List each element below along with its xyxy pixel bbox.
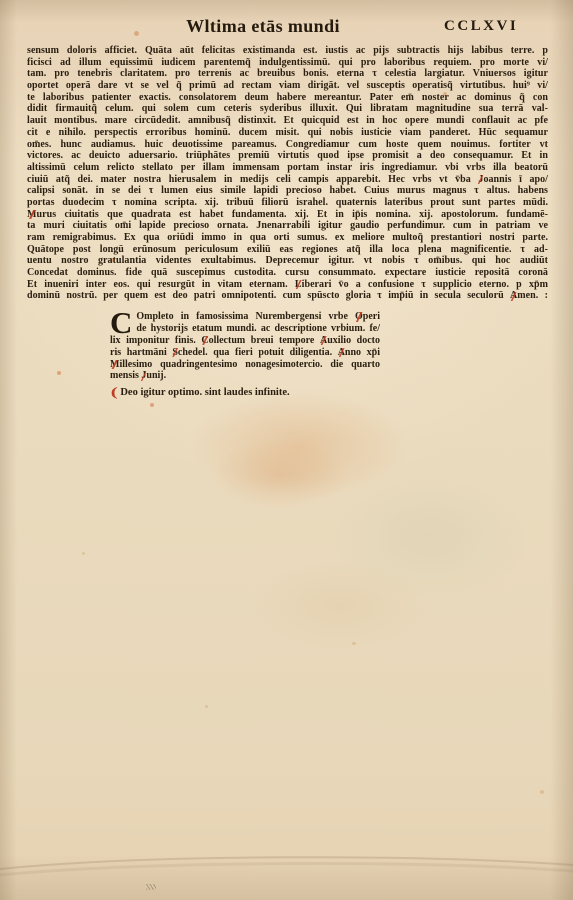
- colophon-initial-letter: C: [110, 311, 136, 334]
- body-text-line: Et inueniri inter eos. qui resurgūt in v…: [27, 279, 548, 291]
- rubricated-letter: A: [510, 290, 517, 302]
- page-edge-curve: [0, 845, 573, 895]
- page-title: Wltima etās mundi: [153, 16, 373, 37]
- rubricated-letter: J: [478, 174, 483, 186]
- rubricated-letter: C: [201, 335, 208, 347]
- foxing-dot: [82, 552, 85, 555]
- body-text-line: ta muri ciuitatis om̄i lapide precioso o…: [27, 220, 548, 232]
- colophon-line: mensis Junij.: [110, 370, 380, 382]
- colophon-line: de hystorijs etatum mundi. ac descriptio…: [136, 323, 380, 335]
- rubricated-letter: A: [338, 347, 345, 359]
- finis-text: Deo igitur optimo. sint laudes infinite.: [120, 387, 289, 398]
- body-text-line: Quātope post longū erūnosum periculosum …: [27, 244, 548, 256]
- finis-line: (Deo igitur optimo. sint laudes infinite…: [112, 384, 290, 400]
- rubricated-letter: O: [355, 311, 363, 323]
- stain: [250, 560, 430, 650]
- body-text-line: lauit montibus. mare circūdedit. amnibus…: [27, 115, 548, 127]
- foxing-dot: [150, 403, 154, 407]
- body-text-line: dominū nostrū. per quem est deo patri om…: [27, 290, 548, 302]
- body-text-line: ficisci ad illum equissimū iudicem paren…: [27, 57, 548, 69]
- rubricated-letter: M: [27, 209, 37, 221]
- body-text-line: om̄es. hunc audiamus. huic deuotissime p…: [27, 139, 548, 151]
- stain: [330, 470, 530, 600]
- rubricated-letter: M: [110, 359, 119, 371]
- body-text-line: uentu nostro gratulantia videntes exulta…: [27, 255, 548, 267]
- stain: [210, 440, 350, 510]
- rubricated-letter: J: [141, 370, 146, 382]
- body-text-line: sensum doloris afficiet. Quāta aūt felic…: [27, 45, 548, 57]
- colophon-line: ris hartmāni Schedel. qua fieri potuit d…: [110, 347, 380, 359]
- body-text-line: calipsi sonāt. in se dei τ lumen eius si…: [27, 185, 548, 197]
- rubricated-letter: A: [320, 335, 327, 347]
- body-text-line: tam. pro tenebris claritatem. pro terren…: [27, 68, 548, 80]
- body-text-line: Concedat dominus. fide quā suscepimus cu…: [27, 267, 548, 279]
- folio-number: CCLXVI: [444, 18, 564, 35]
- foxing-dot: [57, 371, 61, 375]
- body-text-line: ciuiū atq̃ dei. mater nostra hierusalem …: [27, 174, 548, 186]
- rubric-paragraph-mark: (: [111, 384, 118, 400]
- foxing-dot: [134, 31, 139, 36]
- body-text-line: victores. ac deuicto aduersario. triūphā…: [27, 150, 548, 162]
- body-text-line: altissimū celum relicto stellato per ill…: [27, 162, 548, 174]
- body-text-line: cit e nihilo. perspectis erroribus homin…: [27, 127, 548, 139]
- foxing-dot: [540, 790, 544, 794]
- stain: [190, 390, 410, 500]
- body-text-line: ram remigrabimus. Ex qua oriūdi immo in …: [27, 232, 548, 244]
- colophon-line: lix imponitur finis. Collectum breui tem…: [110, 335, 380, 347]
- foxing-dot: [352, 642, 356, 645]
- main-text-block: sensum doloris afficiet. Quāta aūt felic…: [27, 45, 548, 302]
- body-text-line: portas duodecim τ nomina scripta. xij. t…: [27, 197, 548, 209]
- colophon-line: Ompleto in famosissima Nurembergensi vrb…: [136, 311, 380, 323]
- body-text-line: te laboribus patienter exactis. consolat…: [27, 92, 548, 104]
- body-text-line: Murus ciuitatis que quadrata est habet f…: [27, 209, 548, 221]
- pencil-squiggle: [146, 884, 156, 890]
- body-text-line: oportet operā dare vt se vel q̃ primū ad…: [27, 80, 548, 92]
- rubricated-letter: L: [295, 279, 302, 291]
- book-page: Wltima etās mundi CCLXVI sensum doloris …: [0, 0, 573, 900]
- foxing-dot: [205, 705, 208, 708]
- rubricated-letter: S: [172, 347, 178, 359]
- body-text-line: didit firmauitq̃ celum. qui solem cum ce…: [27, 103, 548, 115]
- colophon-paragraph: C Ompleto in famosissima Nurembergensi v…: [110, 311, 380, 382]
- colophon-line: Millesimo quadringentesimo nonagesimoter…: [110, 359, 380, 371]
